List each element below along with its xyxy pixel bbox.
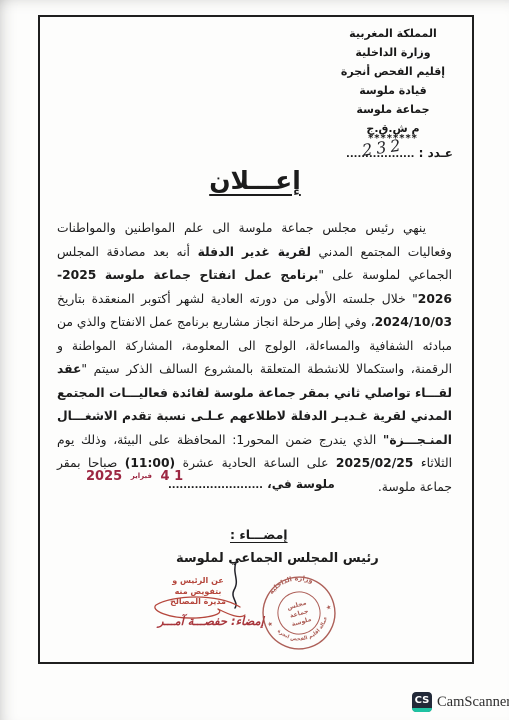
camscanner-logo-initials: CS — [415, 695, 430, 706]
camscanner-brand-name: CamScanner — [437, 694, 509, 711]
camscanner-watermark: CS CamScanner — [412, 692, 509, 712]
place-dots: ......................... — [168, 480, 263, 491]
date-stamp-month: فبراير — [131, 472, 152, 480]
camscanner-logo-icon: CS — [412, 692, 432, 712]
body-segment: لقرية غدير الدفلة — [198, 245, 311, 259]
announcement-title-text: إعـــلان — [209, 166, 301, 195]
letterhead-line: المملكة المغربية — [333, 24, 453, 43]
body-segment: 2025/02/25 — [336, 456, 413, 470]
letterhead-line: جماعة ملوسة — [333, 100, 453, 119]
signatory-title: رئيس المجلس الجماعي لملوسة — [176, 551, 379, 566]
body-segment: " خلال جلسته الأولى من دورته العادية لشه… — [57, 292, 418, 306]
signatory-name-red: إمضاء: حفصـــة آمـــر — [158, 614, 264, 628]
body-segment: 2024/10/03 — [375, 315, 452, 329]
body-segment: على الساعة الحادية عشرة — [175, 456, 336, 470]
signature-label: إمضـــاء : — [230, 527, 288, 542]
scanned-document-page: المملكة المغربيةوزارة الداخليةإقليم الفح… — [0, 0, 509, 720]
reference-number-label: عـدد : — [419, 146, 453, 160]
letterhead-line: قيادة ملوسة — [333, 81, 453, 100]
stamp-star-left-icon: ★ — [267, 620, 275, 628]
camscanner-logo-teal-bar — [412, 708, 432, 712]
place-date-line: ملوسة في، ......................... — [168, 477, 335, 491]
place-label: ملوسة في، — [267, 477, 335, 491]
body-paragraph: ينهي رئيس مجلس جماعة ملوسة الى علم الموا… — [57, 217, 452, 499]
letterhead: المملكة المغربيةوزارة الداخليةإقليم الفح… — [333, 24, 453, 138]
announcement-title: إعـــلان — [38, 166, 472, 195]
letterhead-line: وزارة الداخلية — [333, 43, 453, 62]
reference-number-line: عـدد : .................. 232 — [346, 146, 453, 160]
stamp-star-right-icon: ★ — [325, 604, 333, 612]
letterhead-line: إقليم الفحص أنجرة — [333, 62, 453, 81]
date-stamp-year: 2025 — [86, 469, 122, 484]
